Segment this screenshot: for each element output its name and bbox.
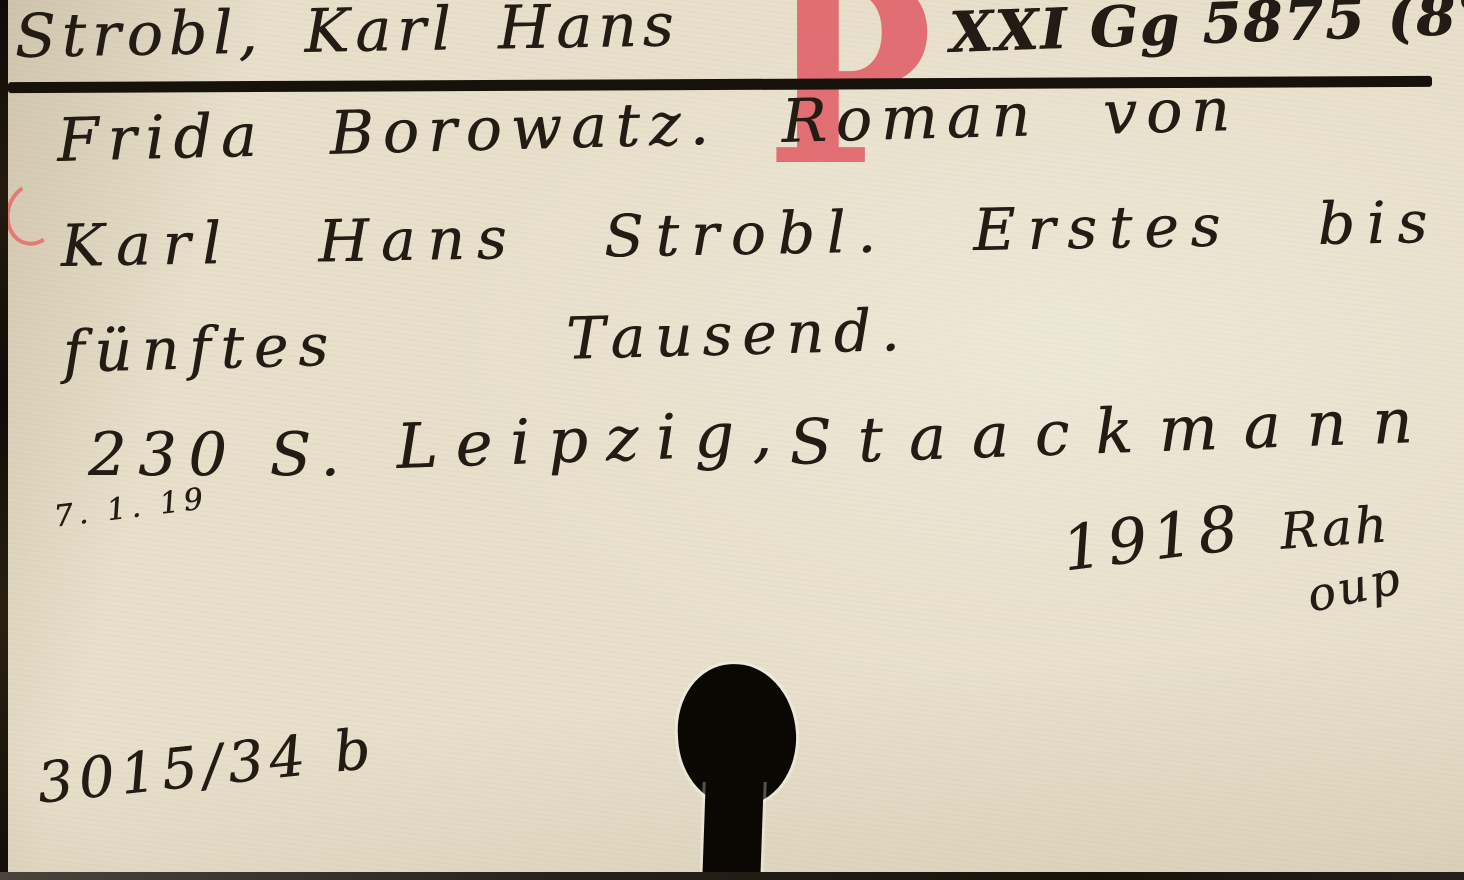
scan-edge-bottom bbox=[0, 872, 1464, 880]
librarian-initials-bottom: oup bbox=[1302, 550, 1407, 623]
red-pencil-mark bbox=[0, 176, 67, 252]
catalog-card-scan: P Strobl, Karl Hans XXI Gg 5875 (8° Frid… bbox=[0, 0, 1464, 880]
librarian-initials-top: Rah bbox=[1278, 495, 1392, 561]
author-heading: Strobl, Karl Hans bbox=[14, 0, 680, 72]
title-line-2: Karl Hans Strobl. Erstes bis bbox=[60, 188, 1440, 280]
shelfmark: XXI Gg 5875 (8° bbox=[948, 0, 1464, 66]
scan-edge-left bbox=[0, 0, 8, 880]
publication-year: 1918 bbox=[1058, 491, 1247, 586]
accession-number: 3015/34 b bbox=[34, 716, 379, 816]
publication-place: Leipzig, bbox=[395, 396, 791, 483]
publisher-name: Staackmann bbox=[788, 383, 1439, 479]
punch-hole-slot bbox=[702, 782, 763, 880]
extent-pages: 230 S. bbox=[88, 420, 352, 490]
accession-date: 7. 1. 19 bbox=[52, 481, 210, 535]
title-line-3: fünftes Tausend. bbox=[62, 296, 910, 386]
